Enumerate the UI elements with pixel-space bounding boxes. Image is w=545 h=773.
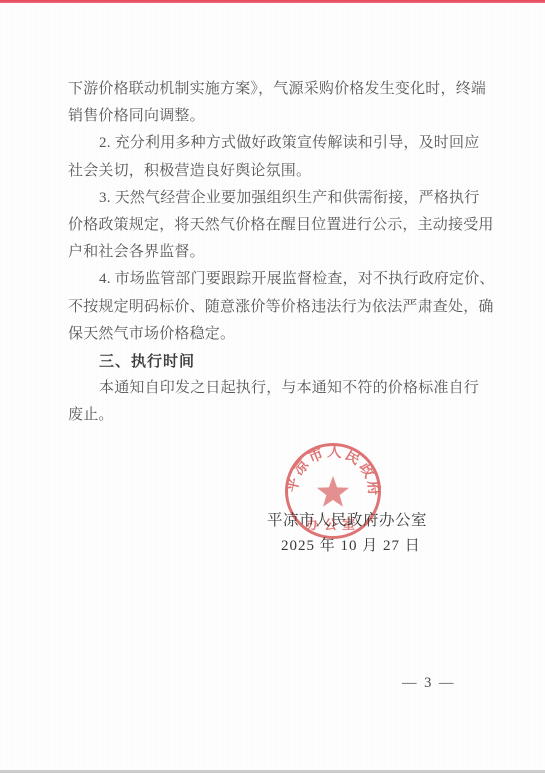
body-line: 废止。 <box>68 402 498 429</box>
scanned-document-page: 下游价格联动机制实施方案》，气源采购价格发生变化时，终端 销售价格同向调整。 2… <box>0 0 545 773</box>
body-line: 保天然气市场价格稳定。 <box>68 321 498 348</box>
page-top-edge <box>0 0 545 3</box>
body-line: 3. 天然气经营企业要加强组织生产和供需衔接，严格执行 <box>68 185 498 212</box>
signature-date: 2025 年 10 月 27 日 <box>281 537 421 555</box>
seal-star-icon <box>317 476 349 507</box>
body-line: 2. 充分利用多种方式做好政策宣传解读和引导，及时回应 <box>68 130 498 157</box>
page-number: — 3 — <box>402 675 456 692</box>
signature-organization: 平凉市人民政府办公室 <box>267 512 427 530</box>
document-body: 下游价格联动机制实施方案》，气源采购价格发生变化时，终端 销售价格同向调整。 2… <box>68 76 498 430</box>
body-line: 户和社会各界监督。 <box>68 239 498 266</box>
body-line: 4. 市场监管部门要跟踪开展监督检查，对不执行政府定价、 <box>68 266 498 293</box>
section-heading: 三、执行时间 <box>68 348 498 375</box>
body-line: 价格政策规定，将天然气价格在醒目位置进行公示，主动接受用 <box>68 212 498 239</box>
body-line: 社会关切，积极营造良好舆论氛围。 <box>68 158 498 185</box>
body-line: 不按规定明码标价、随意涨价等价格违法行为依法严肃查处，确 <box>68 294 498 321</box>
body-line: 本通知自印发之日起执行，与本通知不符的价格标准自行 <box>68 375 498 402</box>
body-line: 销售价格同向调整。 <box>68 103 498 130</box>
body-line: 下游价格联动机制实施方案》，气源采购价格发生变化时，终端 <box>68 76 498 103</box>
